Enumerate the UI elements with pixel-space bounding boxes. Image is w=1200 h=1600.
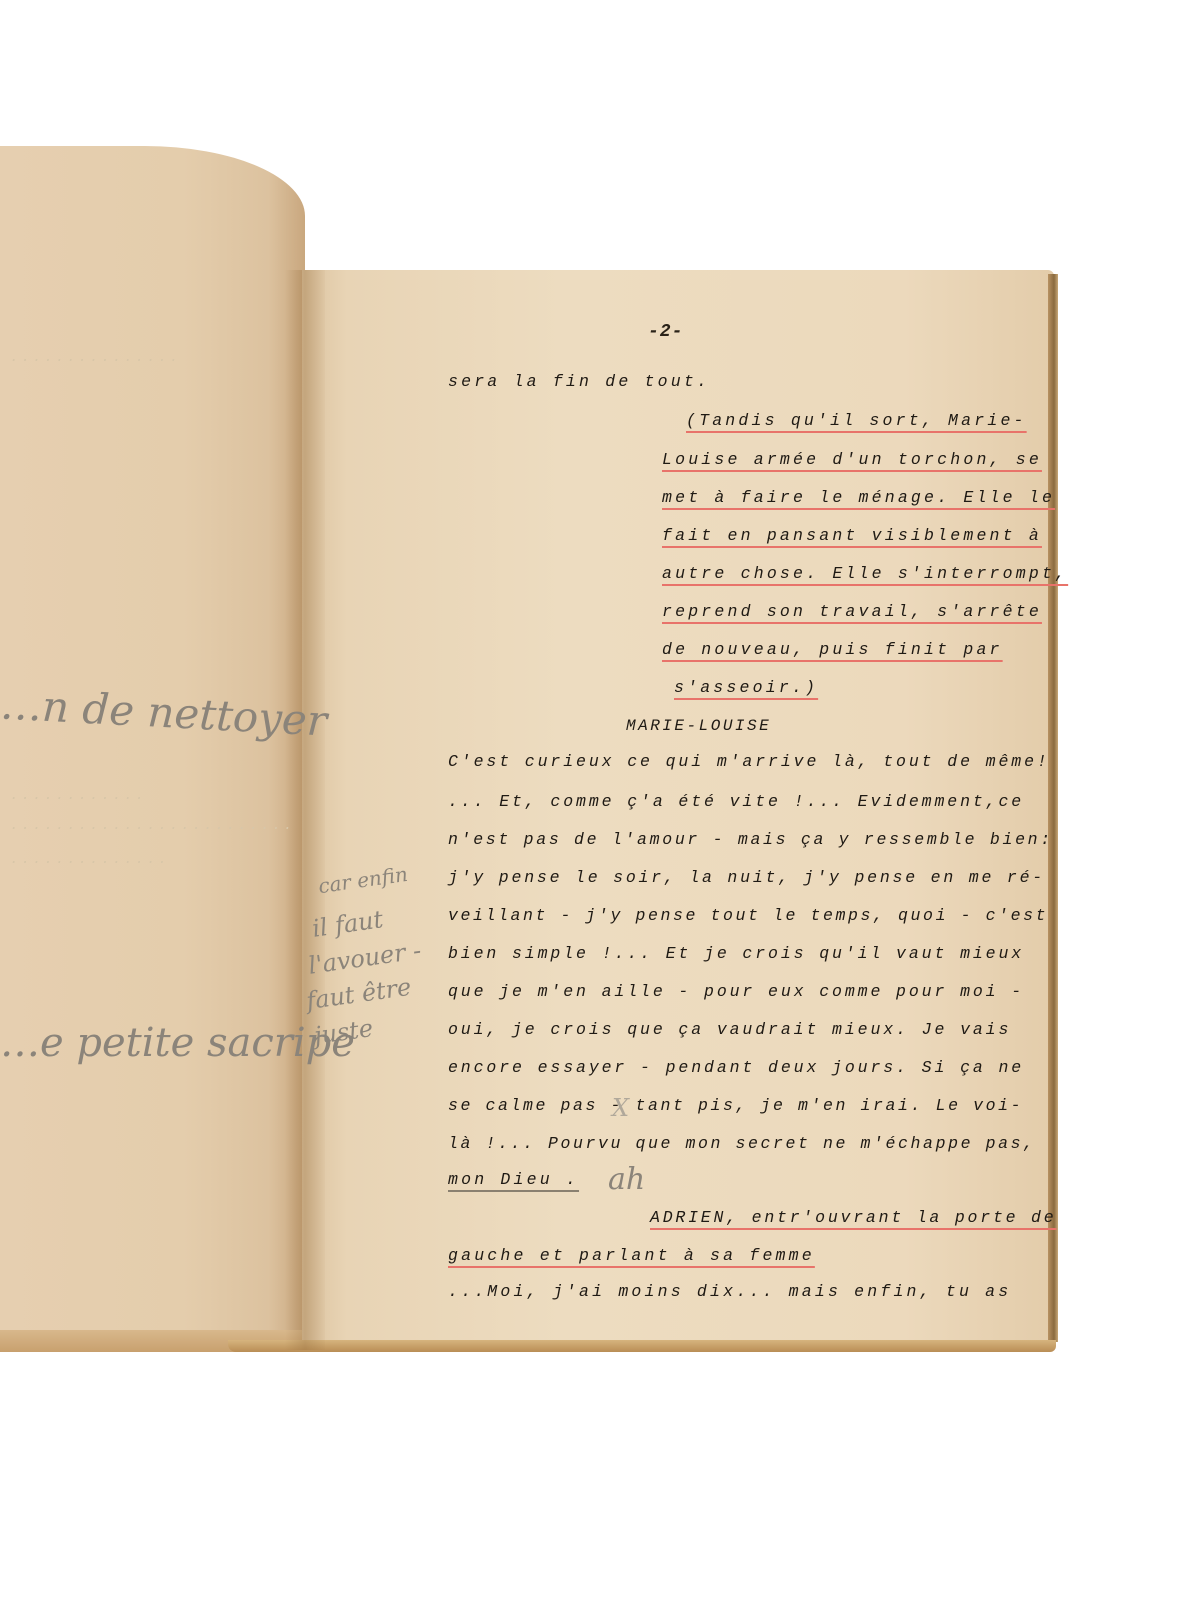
stage-direction-line: Louise armée d'un torchon, se xyxy=(662,450,1042,470)
character-name: MARIE-LOUISE xyxy=(626,716,771,736)
dialogue-line: se calme pas - tant pis, je m'en irai. L… xyxy=(448,1096,1023,1116)
booklet-photo: ............... ............ ...........… xyxy=(0,0,1200,1600)
stage-direction-line: met à faire le ménage. Elle le xyxy=(662,488,1055,508)
dialogue-line: veillant - j'y pense tout le temps, quoi… xyxy=(448,906,1048,926)
stage-direction-line: gauche et parlant à sa femme xyxy=(448,1246,815,1266)
right-page-edge xyxy=(1048,274,1058,1342)
gutter-shadow xyxy=(285,270,325,1350)
pencil-strike-mark: X xyxy=(612,1094,629,1122)
stage-direction-line: de nouveau, puis finit par xyxy=(662,640,1003,660)
dialogue-line: ... Et, comme ç'a été vite !... Evidemme… xyxy=(448,792,1024,812)
stage-direction-line: reprend son travail, s'arrête xyxy=(662,602,1042,622)
typed-line: sera la fin de tout. xyxy=(448,372,710,392)
dialogue-line: j'y pense le soir, la nuit, j'y pense en… xyxy=(448,868,1045,888)
left-page xyxy=(0,146,305,1346)
show-through-text: ............ xyxy=(10,788,147,804)
dialogue-line: C'est curieux ce qui m'arrive là, tout d… xyxy=(448,752,1050,772)
dialogue-line: que je m'en aille - pour eux comme pour … xyxy=(448,982,1024,1002)
pencil-note-sacripe: …e petite sacripe xyxy=(0,1020,355,1066)
show-through-text: .............. xyxy=(10,852,170,868)
stage-direction-line: autre chose. Elle s'interrompt, xyxy=(662,564,1068,584)
dialogue-line: oui, je crois que ça vaudrait mieux. Je … xyxy=(448,1020,1011,1040)
stage-direction-line: (Tandis qu'il sort, Marie- xyxy=(686,411,1027,431)
bottom-page-edge xyxy=(228,1340,1056,1352)
dialogue-line: là !... Pourvu que mon secret ne m'échap… xyxy=(448,1134,1036,1154)
dialogue-line: ...Moi, j'ai moins dix... mais enfin, tu… xyxy=(448,1282,1011,1302)
stage-direction-line: s'asseoir.) xyxy=(674,678,818,698)
stage-direction-line: fait en pansant visiblement à xyxy=(662,526,1042,546)
dialogue-line: bien simple !... Et je crois qu'il vaut … xyxy=(448,944,1024,964)
stage-direction-line: ADRIEN, entr'ouvrant la porte de xyxy=(650,1208,1056,1228)
show-through-text: ......................... xyxy=(10,818,295,834)
dialogue-line: n'est pas de l'amour - mais ça y ressemb… xyxy=(448,830,1053,850)
dialogue-line: encore essayer - pendant deux jours. Si … xyxy=(448,1058,1024,1078)
show-through-text: ............... xyxy=(10,350,181,366)
page-number: -2- xyxy=(648,322,683,342)
dialogue-line: mon Dieu . xyxy=(448,1170,579,1190)
pencil-note-ah: ah xyxy=(608,1162,645,1197)
